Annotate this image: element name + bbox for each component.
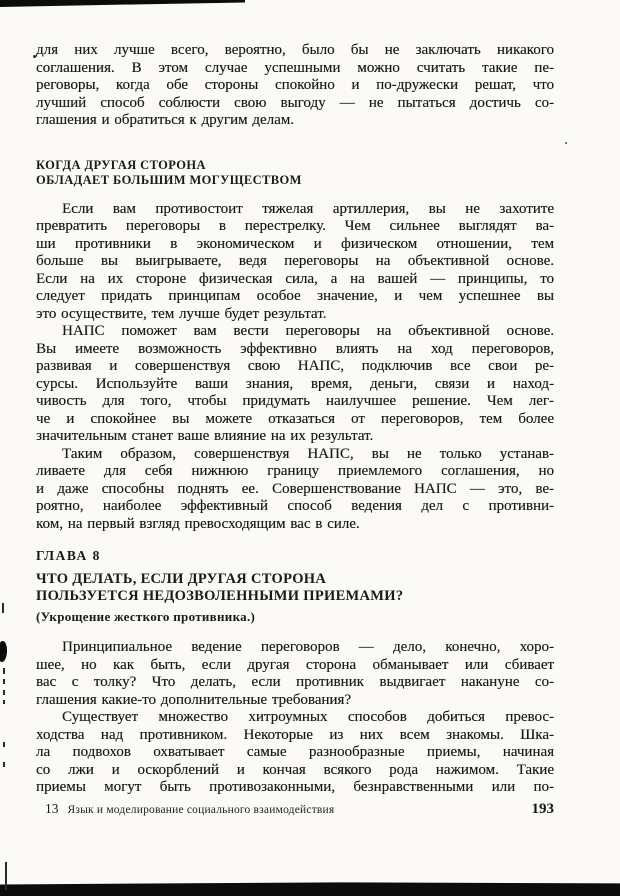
- text-line: ОБЛАДАЕТ БОЛЬШИМ МОГУЩЕСТВОМ: [36, 173, 554, 188]
- text-line: и даже способны поднять ее. Совершенство…: [36, 481, 554, 499]
- running-title: Язык и моделирование социального взаимод…: [68, 804, 335, 816]
- text-line: глашения какие-то дополнительные требова…: [36, 692, 554, 710]
- scan-artifact-tick: [3, 668, 5, 674]
- text-line: со лжи и оскорблений и кончая всякого ро…: [36, 762, 554, 780]
- text-line: че и спокойнее вы можете отказаться от п…: [36, 411, 554, 429]
- text-line: Если на их стороне физическая сила, а на…: [36, 271, 554, 289]
- chapter-number: ГЛАВА 8: [36, 548, 554, 564]
- text-line: ком, на первый взгляд превосходящим вас …: [36, 516, 554, 534]
- text-line: ЧТО ДЕЛАТЬ, ЕСЛИ ДРУГАЯ СТОРОНА: [36, 571, 554, 588]
- paragraph: Если вам противостоит тяжелая артиллерия…: [36, 201, 554, 324]
- scan-artifact-bottom-band: [0, 879, 620, 896]
- text-line: ГЛАВА 8: [36, 548, 554, 564]
- text-line: вас с толку? Что делать, если противник …: [36, 674, 554, 692]
- text-line: следует придать принципам особое значени…: [36, 288, 554, 306]
- paragraph: Таким образом, совершенствуя НАПС, вы не…: [36, 446, 554, 534]
- text-line: НАПС поможет вам вести переговоры на объ…: [36, 323, 554, 341]
- text-line: ходства над противником. Некоторые из ни…: [36, 727, 554, 745]
- scan-artifact-tick: [3, 679, 5, 684]
- text-line: больше вы выигрываете, ведя переговоры н…: [36, 253, 554, 271]
- text-line: лучший способ соблюсти свою выгоду — не …: [36, 95, 554, 113]
- text-line: Таким образом, совершенствуя НАПС, вы не…: [36, 446, 554, 464]
- text-line: Существует множество хитроумных способов…: [36, 709, 554, 727]
- text-line: Если вам противостоит тяжелая артиллерия…: [36, 201, 554, 219]
- text-line: соглашения. В этом случае успешными можн…: [36, 60, 554, 78]
- scan-artifact-tick: [3, 690, 5, 695]
- scan-artifact-tick: [3, 762, 5, 767]
- text-line: шее, но как быть, если другая сторона об…: [36, 657, 554, 675]
- text-column: для них лучше всего, вероятно, было бы н…: [36, 0, 554, 818]
- paragraph: НАПС поможет вам вести переговоры на объ…: [36, 323, 554, 446]
- paragraph: Существует множество хитроумных способов…: [36, 709, 554, 797]
- text-line: это осуществите, тем лучше будет результ…: [36, 306, 554, 324]
- text-line: значительным станет ваше влияние на их р…: [36, 428, 554, 446]
- text-line: приемы могут быть противозаконными, безн…: [36, 779, 554, 797]
- scan-artifact-ink-blob: [0, 641, 8, 663]
- text-line: сурсы. Используйте ваши знания, время, д…: [36, 376, 554, 394]
- text-blocks: для них лучше всего, вероятно, было бы н…: [36, 42, 554, 797]
- text-line: реговоры, когда обе стороны спокойно и п…: [36, 77, 554, 95]
- text-line: чивость для того, чтобы придумать наилуч…: [36, 393, 554, 411]
- footer-left: 13 Язык и моделирование социального взаи…: [45, 801, 334, 817]
- text-line: ПОЛЬЗУЕТСЯ НЕДОЗВОЛЕННЫМИ ПРИЕМАМИ?: [36, 588, 554, 605]
- text-line: глашения и обратиться к другим делам.: [36, 112, 554, 130]
- scan-artifact-tick: [2, 603, 4, 613]
- paragraph-continuation: для них лучше всего, вероятно, было бы н…: [36, 42, 554, 130]
- text-line: ливаете для себя нижнюю границу приемлем…: [36, 463, 554, 481]
- scan-artifact-tick: [5, 862, 7, 890]
- scan-artifact-tick: [3, 700, 5, 704]
- page-number: 193: [532, 801, 555, 818]
- text-line: (Укрощение жесткого противника.): [36, 609, 554, 625]
- text-line: Принципиальное ведение переговоров — дел…: [36, 639, 554, 657]
- page-footer: 13 Язык и моделирование социального взаи…: [36, 801, 554, 818]
- chapter-title: ЧТО ДЕЛАТЬ, ЕСЛИ ДРУГАЯ СТОРОНАПОЛЬЗУЕТС…: [36, 571, 554, 605]
- text-line: КОГДА ДРУГАЯ СТОРОНА: [36, 158, 554, 173]
- scan-artifact-tick: [3, 742, 5, 747]
- section-heading: КОГДА ДРУГАЯ СТОРОНАОБЛАДАЕТ БОЛЬШИМ МОГ…: [36, 158, 554, 188]
- chapter-subtitle: (Укрощение жесткого противника.): [36, 609, 554, 625]
- signature-number: 13: [45, 801, 59, 817]
- text-line: для них лучше всего, вероятно, было бы н…: [36, 42, 554, 60]
- text-line: Вы имеете возможность эффективно влиять …: [36, 341, 554, 359]
- paragraph: Принципиальное ведение переговоров — дел…: [36, 639, 554, 709]
- text-line: роятно, наиболее эффективный способ веде…: [36, 498, 554, 516]
- text-line: превратить переговоры в перестрелку. Чем…: [36, 218, 554, 236]
- text-line: ши противники в экономическом и физическ…: [36, 236, 554, 254]
- text-line: ла подвохов охватывает самые разнообразн…: [36, 744, 554, 762]
- scan-artifact-speck: [565, 142, 567, 144]
- text-line: развивая и совершенствуя свою НАПС, подк…: [36, 358, 554, 376]
- book-page: для них лучше всего, вероятно, было бы н…: [0, 0, 620, 896]
